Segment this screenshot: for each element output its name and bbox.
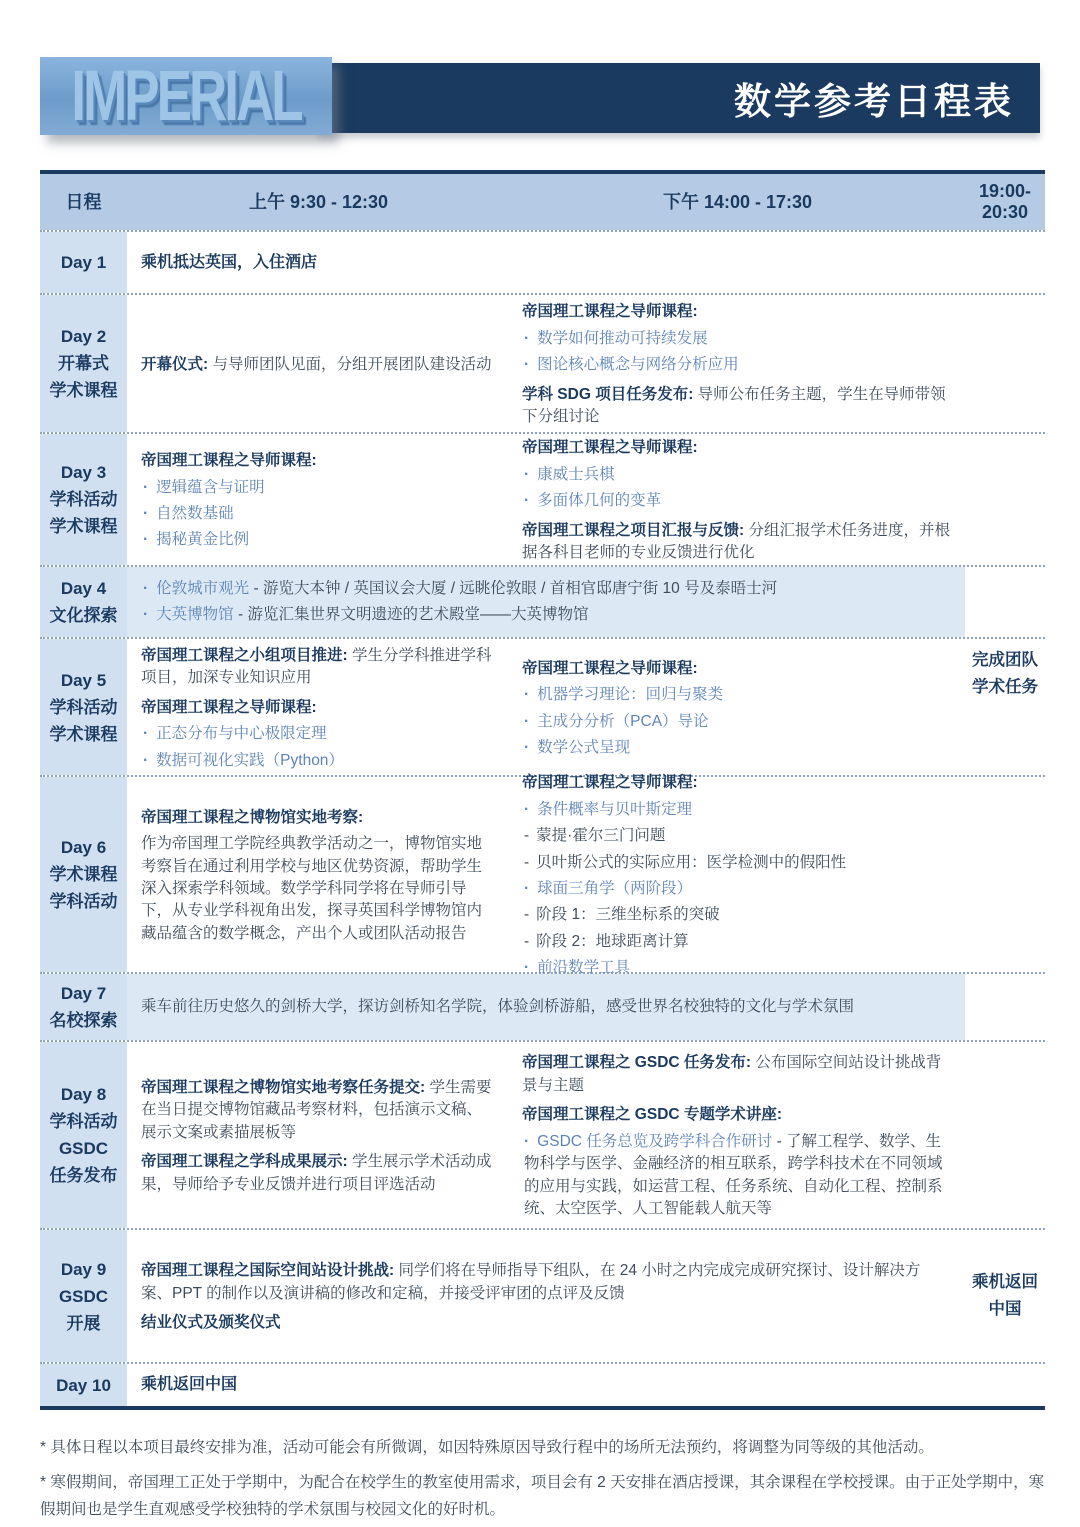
day-label-line: Day 5	[61, 667, 106, 694]
day-label-line: Day 2	[61, 323, 106, 350]
topic-item: 正态分布与中心极限定理	[141, 723, 496, 745]
topic-item: 康威士兵棋	[522, 464, 953, 486]
course-heading: 学科 SDG 项目任务发布: 导师公布任务主题，学生在导师带领下分组讨论	[522, 384, 953, 429]
col-header-afternoon: 下午 14:00 - 17:30	[510, 189, 965, 215]
day3-label: Day 3 学科活动 学术课程	[40, 434, 127, 565]
course-heading: 帝国理工课程之导师课程:	[522, 301, 953, 323]
day3-morning: 帝国理工课程之导师课程: 逻辑蕴含与证明 自然数基础 揭秘黄金比例	[127, 434, 510, 565]
day-label-line: 名校探索	[50, 1007, 118, 1034]
day-label-line: 学术课程	[50, 377, 118, 404]
schedule-table: 日程 上午 9:30 - 12:30 下午 14:00 - 17:30 19:0…	[40, 170, 1045, 1410]
footnotes: * 具体日程以本项目最终安排为准，活动可能会有所微调，如因特殊原因导致行程中的场…	[40, 1432, 1045, 1527]
row-day8: Day 8 学科活动 GSDC 任务发布 帝国理工课程之博物馆实地考察任务提交:…	[40, 1040, 1045, 1228]
row-day7: Day 7 名校探索 乘车前往历史悠久的剑桥大学，探访剑桥知名学院，体验剑桥游船…	[40, 972, 1045, 1040]
activity-text: 乘机抵达英国，入住酒店	[141, 251, 1031, 274]
day5-morning: 帝国理工课程之小组项目推进: 学生分学科推进学科项目，加深专业知识应用 帝国理工…	[127, 639, 510, 775]
day-label-line: 学术课程	[50, 861, 118, 888]
imperial-logo: IMPERIAL	[40, 57, 332, 135]
topic-item: 机器学习理论：回归与聚类	[522, 684, 953, 706]
day-label-line: Day 4	[61, 575, 106, 602]
course-heading: 结业仪式及颁奖仪式	[141, 1312, 951, 1334]
course-heading: 帝国理工课程之学科成果展示: 学生展示学术活动成果，导师给予专业反馈并进行项目评…	[141, 1151, 496, 1196]
col-header-morning: 上午 9:30 - 12:30	[127, 189, 510, 215]
day2-afternoon: 帝国理工课程之导师课程: 数学如何推动可持续发展 图论核心概念与网络分析应用 学…	[510, 295, 965, 432]
row-day2: Day 2 开幕式 学术课程 开幕仪式: 与导师团队见面，分组开展团队建设活动 …	[40, 293, 1045, 432]
topic-item: 数据可视化实践（Python）	[141, 750, 496, 772]
day3-evening	[965, 434, 1045, 565]
col-header-evening: 19:00- 20:30	[965, 181, 1045, 223]
activity-text: 乘车前往历史悠久的剑桥大学，探访剑桥知名学院，体验剑桥游船，感受世界名校独特的文…	[141, 996, 951, 1018]
day6-afternoon: 帝国理工课程之导师课程: 条件概率与贝叶斯定理 蒙提·霍尔三门问题 贝叶斯公式的…	[510, 777, 965, 972]
day3-afternoon: 帝国理工课程之导师课程: 康威士兵棋 多面体几何的变革 帝国理工课程之项目汇报与…	[510, 434, 965, 565]
course-heading: 帝国理工课程之导师课程:	[522, 772, 953, 794]
day-label-line: 学科活动	[50, 1108, 118, 1135]
day8-label: Day 8 学科活动 GSDC 任务发布	[40, 1042, 127, 1228]
topic-item: 数学如何推动可持续发展	[522, 328, 953, 350]
day-label-line: Day 8	[61, 1081, 106, 1108]
course-heading: 帝国理工课程之导师课程:	[141, 450, 496, 472]
row-day4: Day 4 文化探索 伦敦城市观光 - 游览大本钟 / 英国议会大厦 / 远眺伦…	[40, 565, 1045, 637]
row-day1: Day 1 乘机抵达英国，入住酒店	[40, 230, 1045, 293]
day5-evening: 完成团队 学术任务	[965, 639, 1045, 775]
day8-morning: 帝国理工课程之博物馆实地考察任务提交: 学生需要在当日提交博物馆藏品考察材料，包…	[127, 1042, 510, 1228]
day4-label: Day 4 文化探索	[40, 567, 127, 637]
day-label-line: 开幕式	[58, 350, 109, 377]
row-day3: Day 3 学科活动 学术课程 帝国理工课程之导师课程: 逻辑蕴含与证明 自然数…	[40, 432, 1045, 565]
day-label-line: GSDC	[59, 1135, 108, 1162]
day2-morning: 开幕仪式: 与导师团队见面，分组开展团队建设活动	[127, 295, 510, 432]
day-label-line: Day 9	[61, 1256, 106, 1283]
day-label-line: 学科活动	[50, 486, 118, 513]
day-label-line: Day 7	[61, 980, 106, 1007]
lecture-item: GSDC 任务总览及跨学科合作研讨 - 了解工程学、数学、生物科学与医学、金融经…	[522, 1131, 953, 1221]
course-heading: 帝国理工课程之导师课程:	[141, 697, 496, 719]
day8-afternoon: 帝国理工课程之 GSDC 任务发布: 公布国际空间站设计挑战背景与主题 帝国理工…	[510, 1042, 965, 1228]
day-label-line: GSDC	[59, 1283, 108, 1310]
excursion-item: 大英博物馆 - 游览汇集世界文明遗迹的艺术殿堂——大英博物馆	[141, 604, 951, 626]
day4-evening	[965, 567, 1045, 637]
day7-content: 乘车前往历史悠久的剑桥大学，探访剑桥知名学院，体验剑桥游船，感受世界名校独特的文…	[127, 974, 965, 1040]
day2-evening	[965, 295, 1045, 432]
subtopic-item: 阶段 2：地球距离计算	[522, 931, 953, 953]
evening-time-line2: 20:30	[965, 202, 1045, 223]
day9-evening: 乘机返回 中国	[965, 1230, 1045, 1362]
footnote-2: * 寒假期间，帝国理工正处于学期中，为配合在校学生的教室使用需求，项目会有 2 …	[40, 1469, 1045, 1523]
title-band: 数学参考日程表	[318, 63, 1040, 133]
topic-item: 条件概率与贝叶斯定理	[522, 799, 953, 821]
day7-label: Day 7 名校探索	[40, 974, 127, 1040]
topic-item: 主成分分析（PCA）导论	[522, 711, 953, 733]
day1-label: Day 1	[40, 232, 127, 293]
course-heading: 帝国理工课程之导师课程:	[522, 658, 953, 680]
day-label-line: 开展	[67, 1310, 101, 1337]
activity-description: 作为帝国理工学院经典教学活动之一，博物馆实地考察旨在通过利用学校与地区优势资源，…	[141, 833, 496, 945]
day-label-line: 学科活动	[50, 694, 118, 721]
day-label-line: Day 1	[61, 249, 106, 276]
course-heading: 帝国理工课程之博物馆实地考察:	[141, 807, 496, 829]
excursion-item: 伦敦城市观光 - 游览大本钟 / 英国议会大厦 / 远眺伦敦眼 / 首相官邸唐宁…	[141, 578, 951, 600]
topic-item: 球面三角学（两阶段）	[522, 878, 953, 900]
topic-item: 自然数基础	[141, 503, 496, 525]
day-label-line: 文化探索	[50, 602, 118, 629]
day9-label: Day 9 GSDC 开展	[40, 1230, 127, 1362]
topic-item: 逻辑蕴含与证明	[141, 477, 496, 499]
evening-return-flight: 乘机返回 中国	[972, 1269, 1038, 1323]
day9-content: 帝国理工课程之国际空间站设计挑战: 同学们将在导师指导下组队，在 24 小时之内…	[127, 1230, 965, 1362]
day1-content: 乘机抵达英国，入住酒店	[127, 232, 1045, 293]
day-label-line: Day 6	[61, 834, 106, 861]
schedule-page: 数学参考日程表 IMPERIAL 日程 上午 9:30 - 12:30 下午 1…	[0, 0, 1080, 1527]
course-heading: 帝国理工课程之国际空间站设计挑战: 同学们将在导师指导下组队，在 24 小时之内…	[141, 1260, 951, 1305]
row-day5: Day 5 学科活动 学术课程 帝国理工课程之小组项目推进: 学生分学科推进学科…	[40, 637, 1045, 775]
day6-label: Day 6 学术课程 学科活动	[40, 777, 127, 972]
evening-time-line1: 19:00-	[965, 181, 1045, 202]
topic-item: 多面体几何的变革	[522, 490, 953, 512]
table-header-row: 日程 上午 9:30 - 12:30 下午 14:00 - 17:30 19:0…	[40, 174, 1045, 230]
course-heading: 开幕仪式: 与导师团队见面，分组开展团队建设活动	[141, 354, 496, 376]
day-label-line: 学术课程	[50, 721, 118, 748]
day7-evening	[965, 974, 1045, 1040]
day-label-line: 任务发布	[50, 1162, 118, 1189]
row-day6: Day 6 学术课程 学科活动 帝国理工课程之博物馆实地考察: 作为帝国理工学院…	[40, 775, 1045, 972]
topic-item: 图论核心概念与网络分析应用	[522, 354, 953, 376]
day6-evening	[965, 777, 1045, 972]
subtopic-item: 蒙提·霍尔三门问题	[522, 825, 953, 847]
day-label-line: Day 10	[56, 1372, 111, 1399]
course-heading: 帝国理工课程之 GSDC 任务发布: 公布国际空间站设计挑战背景与主题	[522, 1052, 953, 1097]
day-label-line: 学术课程	[50, 513, 118, 540]
day4-content: 伦敦城市观光 - 游览大本钟 / 英国议会大厦 / 远眺伦敦眼 / 首相官邸唐宁…	[127, 567, 965, 637]
page-title: 数学参考日程表	[734, 71, 1040, 125]
row-day10: Day 10 乘机返回中国	[40, 1362, 1045, 1406]
day8-evening	[965, 1042, 1045, 1228]
day5-afternoon: 帝国理工课程之导师课程: 机器学习理论：回归与聚类 主成分分析（PCA）导论 数…	[510, 639, 965, 775]
day6-morning: 帝国理工课程之博物馆实地考察: 作为帝国理工学院经典教学活动之一，博物馆实地考察…	[127, 777, 510, 972]
subtopic-item: 贝叶斯公式的实际应用：医学检测中的假阳性	[522, 852, 953, 874]
evening-team-task: 完成团队 学术任务	[972, 647, 1038, 701]
day2-label: Day 2 开幕式 学术课程	[40, 295, 127, 432]
row-day9: Day 9 GSDC 开展 帝国理工课程之国际空间站设计挑战: 同学们将在导师指…	[40, 1228, 1045, 1362]
day-label-line: 学科活动	[50, 888, 118, 915]
course-heading: 帝国理工课程之博物馆实地考察任务提交: 学生需要在当日提交博物馆藏品考察材料，包…	[141, 1077, 496, 1144]
imperial-logo-text: IMPERIAL	[71, 57, 300, 135]
course-heading: 帝国理工课程之 GSDC 专题学术讲座:	[522, 1104, 953, 1126]
day10-content: 乘机返回中国	[127, 1364, 1045, 1406]
course-heading: 帝国理工课程之项目汇报与反馈: 分组汇报学术任务进度，并根据各科目老师的专业反馈…	[522, 520, 953, 565]
day5-label: Day 5 学科活动 学术课程	[40, 639, 127, 775]
subtopic-item: 阶段 1：三维坐标系的突破	[522, 904, 953, 926]
footnote-1: * 具体日程以本项目最终安排为准，活动可能会有所微调，如因特殊原因导致行程中的场…	[40, 1434, 1045, 1461]
topic-item: 数学公式呈现	[522, 737, 953, 759]
course-heading: 帝国理工课程之小组项目推进: 学生分学科推进学科项目，加深专业知识应用	[141, 645, 496, 690]
course-heading: 帝国理工课程之导师课程:	[522, 437, 953, 459]
col-header-day: 日程	[40, 189, 127, 215]
day-label-line: Day 3	[61, 459, 106, 486]
activity-text: 乘机返回中国	[141, 1373, 1031, 1396]
topic-item: 揭秘黄金比例	[141, 529, 496, 551]
day10-label: Day 10	[40, 1364, 127, 1406]
